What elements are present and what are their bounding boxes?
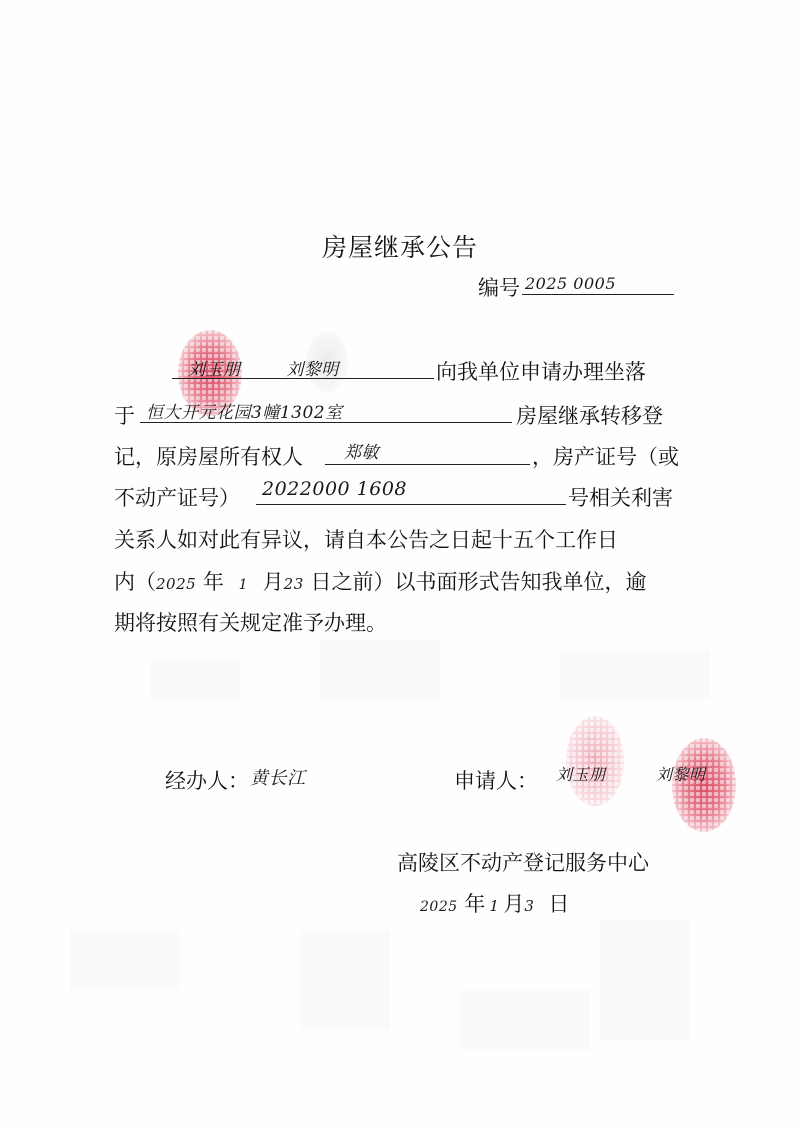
issue-year-label: 年: [464, 892, 485, 916]
bleed-through-mark: [320, 640, 440, 700]
applicant-names-handwritten: 刘玉朋 刘黎明: [188, 355, 339, 380]
address-underline: [140, 422, 512, 423]
bleed-through-mark: [600, 920, 690, 1040]
body-line-4-suffix: 号相关利害: [568, 482, 673, 512]
bleed-through-mark: [460, 990, 590, 1050]
body-line-3-suffix: ，房产证号（或: [532, 441, 679, 471]
certificate-number-handwritten: 2022000 1608: [262, 478, 407, 500]
body-line-6-suffix: 日之前）以书面形式告知我单位，逾: [310, 570, 646, 594]
deadline-month-label: 月: [263, 570, 284, 594]
deadline-month-handwritten: 1: [239, 577, 248, 593]
body-line-6-prefix: 内（: [114, 570, 156, 594]
applicant-signature-2: 刘黎明: [656, 762, 706, 785]
applicant-underline: [172, 378, 434, 379]
handler-label: 经办人：: [165, 765, 249, 795]
applicant-name-1: 刘玉朋: [188, 360, 241, 380]
body-line-3-prefix: 记，原房屋所有权人: [114, 441, 303, 471]
body-line-2-suffix: 房屋继承转移登: [516, 400, 663, 430]
body-line-2-prefix: 于: [114, 400, 135, 430]
original-owner-handwritten: 郑敏: [344, 438, 379, 463]
handler-signature: 黄长江: [250, 764, 306, 790]
certificate-number-underline: [256, 504, 566, 505]
issue-date: 2025 年1月3日: [420, 888, 569, 918]
applicant-label: 申请人：: [454, 765, 538, 795]
bleed-through-mark: [70, 930, 180, 990]
issue-month-label: 月: [503, 892, 524, 916]
document-number-label: 编号: [478, 272, 520, 302]
document-number-underline: [522, 294, 674, 295]
applicant-signature-1: 刘玉朋: [556, 762, 606, 785]
body-line-5: 关系人如对此有异议，请自本公告之日起十五个工作日: [114, 524, 618, 554]
issuer-name: 高陵区不动产登记服务中心: [397, 847, 649, 877]
applicant-fingerprint-1: [566, 716, 624, 806]
bleed-through-mark: [560, 650, 710, 700]
deadline-year-label: 年: [203, 570, 224, 594]
body-line-4-prefix: 不动产证号）: [114, 482, 240, 512]
bleed-through-mark: [300, 930, 390, 1030]
original-owner-underline: [325, 464, 530, 465]
document-title: 房屋继承公告: [322, 228, 478, 264]
document-page: 房屋继承公告 编号 2025 0005 刘玉朋 刘黎明 向我单位申请办理坐落 于…: [0, 0, 800, 1128]
applicant-name-2: 刘黎明: [286, 360, 339, 380]
issue-day-label: 日: [548, 892, 569, 916]
body-line-6: 内（2025 年 1 月23 日之前）以书面形式告知我单位，逾: [114, 566, 646, 596]
bleed-through-mark: [150, 660, 240, 700]
document-number-row: 编号: [478, 272, 520, 302]
issue-year-handwritten: 2025: [420, 899, 458, 915]
issue-day-handwritten: 3: [524, 897, 534, 915]
deadline-day-handwritten: 23: [284, 575, 304, 593]
issue-month-handwritten: 1: [489, 897, 499, 915]
document-number-value: 2025 0005: [525, 274, 616, 293]
body-line-1-text: 向我单位申请办理坐落: [436, 356, 646, 386]
applicant-fingerprint-2: [672, 738, 736, 832]
property-address-handwritten: 恒大开元花园3幢1302室: [146, 398, 343, 423]
body-line-7: 期将按照有关规定准予办理。: [114, 607, 387, 637]
deadline-year-handwritten: 2025: [156, 575, 196, 593]
